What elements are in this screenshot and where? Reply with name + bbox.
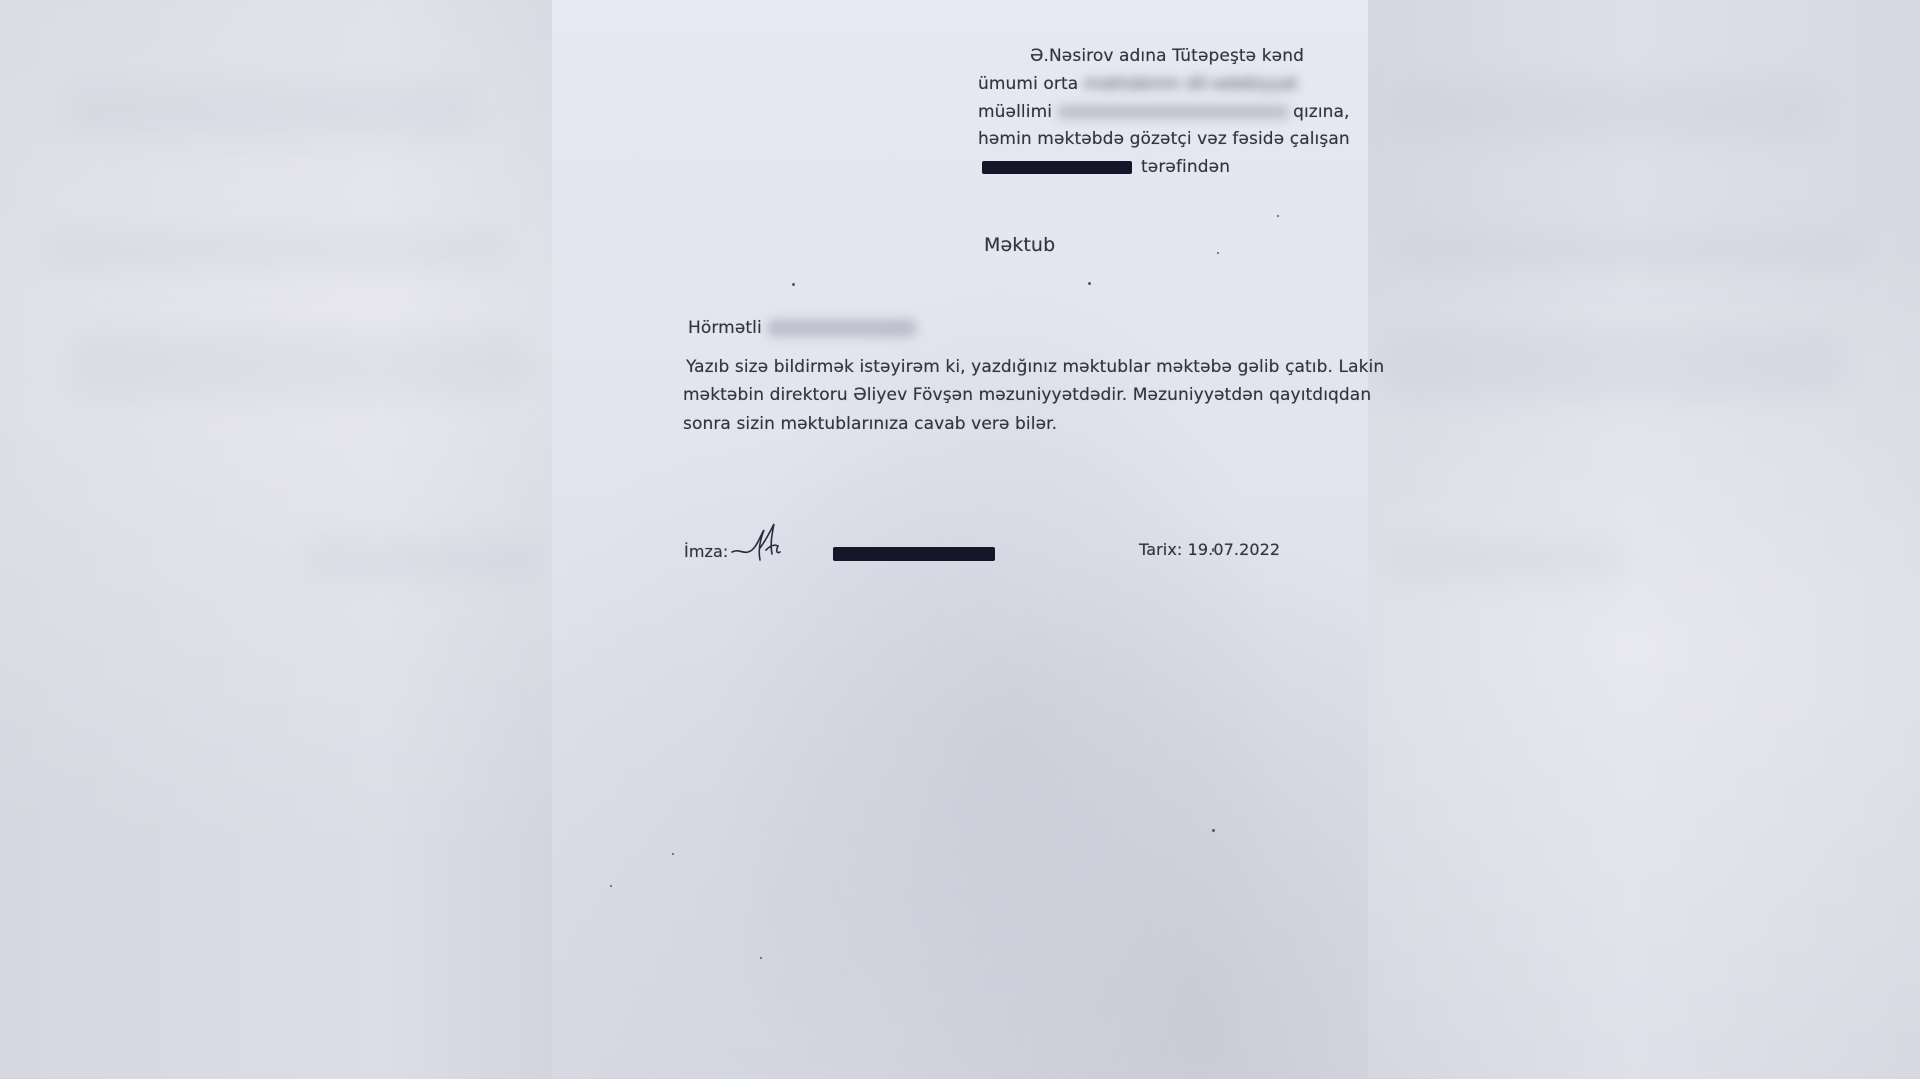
paper-speck <box>1277 215 1279 217</box>
date-label: Tarix: 19.07.2022 <box>1139 540 1280 559</box>
paper-speck <box>792 283 795 286</box>
header-line-2: ümumi orta məktəbinin dil-ədəbiyyat <box>978 74 1298 94</box>
letter-paper: Ə.Nəsirov adına Tütəpeştə kənd ümumi ort… <box>552 0 1368 1079</box>
paper-speck <box>1212 829 1215 832</box>
paper-speck <box>1212 548 1214 552</box>
salutation-text: Hörmətli <box>688 318 762 338</box>
blurred-right-margin <box>1368 0 1920 1079</box>
header-line-5: tərəfindən <box>1141 157 1230 177</box>
paper-speck <box>672 853 674 855</box>
paper-speck <box>1217 252 1219 254</box>
header-line-3-end: qızına, <box>1293 102 1349 122</box>
body-line-3: sonra sizin məktublarınıza cavab verə bi… <box>683 414 1057 434</box>
blurred-recipient-name <box>1058 105 1288 119</box>
header-line-3: müəllimi qızına, <box>978 102 1350 122</box>
header-line-4: həmin məktəbdə gözətçi vəz fəsidə çalışa… <box>978 129 1350 149</box>
blurred-left-margin <box>0 0 552 1079</box>
paper-speck <box>1088 282 1091 285</box>
header-line-3-visible: müəllimi <box>978 102 1058 122</box>
body-line-1: Yazıb sizə bildirmək istəyirəm ki, yazdı… <box>686 357 1384 377</box>
redacted-sender-name <box>982 161 1132 174</box>
letter-title: Məktub <box>984 234 1055 256</box>
header-line-2-visible: ümumi orta <box>978 74 1084 94</box>
photo-background: Ə.Nəsirov adına Tütəpeştə kənd ümumi ort… <box>0 0 1920 1079</box>
header-line-2-blurred: məktəbinin dil-ədəbiyyat <box>1084 74 1298 94</box>
handwritten-signature-icon <box>730 518 800 568</box>
signature-label: İmza: <box>684 542 728 561</box>
paper-speck <box>760 957 762 959</box>
redacted-signer-name <box>833 547 995 561</box>
paper-speck <box>610 885 612 887</box>
header-line-1: Ə.Nəsirov adına Tütəpeştə kənd <box>1030 46 1304 66</box>
salutation: Hörmətli <box>688 318 917 338</box>
body-line-2: məktəbin direktoru Əliyev Fövşən məzuniy… <box>683 385 1371 405</box>
blurred-addressee-name <box>767 319 917 337</box>
